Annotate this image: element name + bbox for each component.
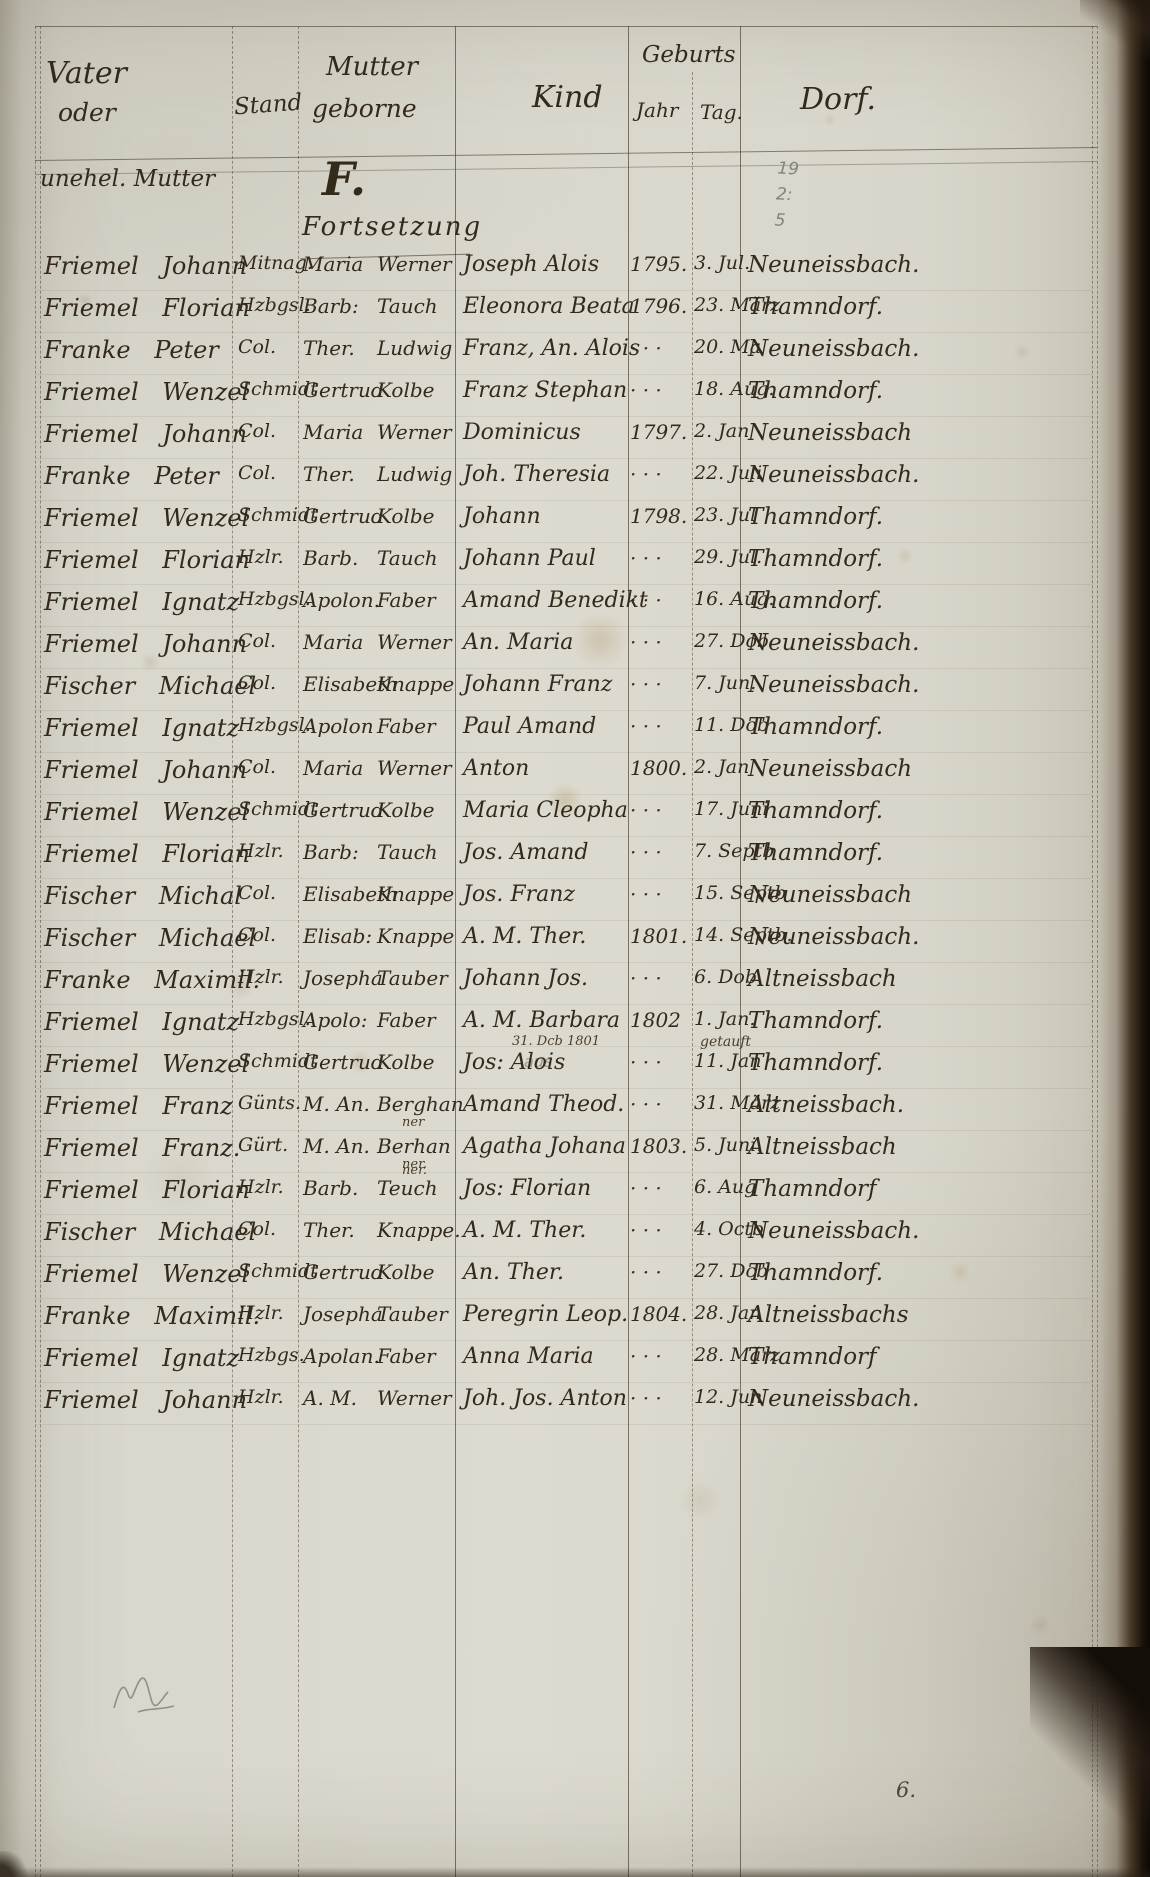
header-father-line3: unehel. Mutter xyxy=(40,166,215,192)
cell-msurname: Berhan xyxy=(377,1134,451,1158)
cell-village: Neuneissbach xyxy=(748,882,912,908)
cell-mother: Gertrud xyxy=(303,378,384,402)
cell-mother: M. An. xyxy=(303,1092,370,1116)
table-row: Friemel IgnatzHzbgsl.Apolo:FaberA. M. Ba… xyxy=(0,1004,1150,1046)
cover-corner-top-right xyxy=(1080,0,1150,60)
cell-msurname: Kolbe xyxy=(377,798,434,822)
cell-msurname: Faber xyxy=(377,588,436,612)
cell-child: An. Maria xyxy=(463,630,573,655)
cell-child: Jos: Florian xyxy=(463,1176,591,1201)
cell-year: 1798. xyxy=(630,504,687,528)
cell-msurname: Tauber xyxy=(377,1302,448,1326)
cell-stand: Col. xyxy=(238,630,276,652)
cell-msurname: Werner xyxy=(377,252,452,276)
cell-stand: Hzlr. xyxy=(238,1176,284,1198)
header-father-line1: Vater xyxy=(46,56,127,91)
section-initial: F. xyxy=(322,152,366,206)
table-row: Friemel JohannCol.MariaWernerAn. Maria· … xyxy=(0,626,1150,668)
cell-child: Amand Theod. xyxy=(463,1092,624,1117)
cell-day: 2. Jan xyxy=(694,420,749,442)
cell-mother: Elisab: xyxy=(303,924,372,948)
header-birth-day: Tag. xyxy=(700,100,743,124)
cell-msurname: Ludwig xyxy=(377,336,452,360)
cell-stand: Col. xyxy=(238,756,276,778)
page-bottom-shadow xyxy=(0,1867,1150,1877)
cell-msurname: Kolbe xyxy=(377,1260,434,1284)
cell-village: Neuneissbach xyxy=(748,420,912,446)
cell-mother: Barb. xyxy=(303,546,358,570)
cell-mother: Barb: xyxy=(303,840,359,864)
cell-mother: Ther. xyxy=(303,462,355,486)
cell-child: Franz, An. Alois xyxy=(463,336,640,361)
cell-child: Jos: Alois xyxy=(463,1050,565,1075)
cell-father: Friemel Franz xyxy=(44,1092,233,1120)
cell-father: Friemel Johann xyxy=(44,630,247,658)
cell-stand: Hzbgsl. xyxy=(238,294,311,316)
cell-village: Altneissbachs xyxy=(748,1302,909,1328)
cell-stand: Col. xyxy=(238,462,276,484)
cell-year: 1800. xyxy=(630,756,687,780)
table-row: Friemel JohannCol.MariaWernerAnton1800.2… xyxy=(0,752,1150,794)
cell-mother: Maria xyxy=(303,630,363,654)
cell-village: Thamndorf. xyxy=(748,840,883,866)
cell-year: · · · xyxy=(630,1176,662,1200)
cell-day: 23. Jul xyxy=(694,504,756,526)
cell-father: Fischer Michael xyxy=(44,1218,256,1246)
cell-village: Thamndorf. xyxy=(748,1050,883,1076)
cell-year: 1795. xyxy=(630,252,687,276)
cell-child: Joseph Alois xyxy=(463,252,599,277)
cell-mother: Apolon. xyxy=(303,588,380,612)
surname-suffix-note: ner xyxy=(402,1115,424,1130)
cell-year: 1797. xyxy=(630,420,687,444)
pencil-note-top-right: 19 2: 5 xyxy=(774,155,800,234)
cell-village: Neuneissbach. xyxy=(748,252,919,278)
cell-stand: Günts. xyxy=(238,1092,301,1114)
table-row: Friemel IgnatzHzbgsl.Apolon.FaberAmand B… xyxy=(0,584,1150,626)
top-rule xyxy=(35,26,1097,27)
pencil-number: 5 xyxy=(774,207,797,234)
cell-child: Johann Paul xyxy=(463,546,596,571)
cell-village: Thamndorf. xyxy=(748,546,883,572)
header-child: Kind xyxy=(532,80,603,115)
cell-day: 1. Jan. xyxy=(694,1008,755,1030)
table-row: Friemel IgnatzHzbgsl.ApolonFaberPaul Ama… xyxy=(0,710,1150,752)
cell-msurname: Werner xyxy=(377,1386,452,1410)
register-page: Vater oder unehel. Mutter Stand Mutter g… xyxy=(0,0,1150,1877)
cell-year: · · · xyxy=(630,840,662,864)
cell-village: Altneissbach xyxy=(748,966,897,992)
cell-msurname: Tauber xyxy=(377,966,448,990)
cell-father: Fischer Michal xyxy=(44,882,242,910)
cell-village: Neuneissbach. xyxy=(748,924,919,950)
cell-msurname: Knappe xyxy=(377,882,454,906)
cell-child: Paul Amand xyxy=(463,714,596,739)
cell-mother: Apolo: xyxy=(303,1008,367,1032)
cell-mother: Apolan. xyxy=(303,1344,380,1368)
header-mother-line2: geborne xyxy=(312,94,417,123)
pencil-number: 19 xyxy=(777,155,800,182)
table-row: Fischer MichaelCol.Ther.Knappe.A. M. The… xyxy=(0,1214,1150,1256)
cell-mother: Gertrud xyxy=(303,1260,384,1284)
cell-child: Jos. Amand xyxy=(463,840,588,865)
cell-year: 1801. xyxy=(630,924,687,948)
cell-child: Dominicus xyxy=(463,420,581,445)
table-row: Friemel FlorianHzbgsl.Barb:TauchEleonora… xyxy=(0,290,1150,332)
cell-child: An. Ther. xyxy=(463,1260,564,1285)
cell-father: Franke Peter xyxy=(44,462,219,490)
cell-father: Friemel Wenzel xyxy=(44,504,249,532)
table-row: Fischer MichaelCol.ElisabethKnappeJohann… xyxy=(0,668,1150,710)
cell-child: Johann Jos. xyxy=(463,966,588,991)
cell-mother: A. M. xyxy=(303,1386,357,1410)
cell-father: Fischer Michael xyxy=(44,672,256,700)
cell-child: Joh. Theresia xyxy=(463,462,610,487)
cell-village: Thamndorf xyxy=(748,1176,877,1202)
cell-father: Friemel Ignatz xyxy=(44,1344,239,1372)
cell-msurname: Teuch xyxy=(377,1176,438,1200)
cell-father: Friemel Ignatz xyxy=(44,1008,239,1036)
cell-msurname: Werner xyxy=(377,630,452,654)
cell-mother: Ther. xyxy=(303,336,355,360)
cell-year: · · · xyxy=(630,1050,662,1074)
header-rule xyxy=(35,147,1097,161)
cell-year: · · · xyxy=(630,714,662,738)
cell-year: · · · xyxy=(630,630,662,654)
table-row: Friemel WenzelSchmidtGertrudKolbeFranz S… xyxy=(0,374,1150,416)
cell-year: 1804. xyxy=(630,1302,687,1326)
cell-stand: Hzbgsl. xyxy=(238,588,311,610)
cell-year: · · · xyxy=(630,546,662,570)
cell-mother: M. An. xyxy=(303,1134,370,1158)
cell-msurname: Knappe. xyxy=(377,1218,461,1242)
cell-father: Friemel Ignatz xyxy=(44,588,239,616)
pencil-scribble xyxy=(108,1668,188,1720)
cell-mother: Gertrud xyxy=(303,504,384,528)
cell-year: · · · xyxy=(630,1260,662,1284)
table-row: Franke Maximil.Hzlr.JosephaTauberJohann … xyxy=(0,962,1150,1004)
cell-village: Thamndorf. xyxy=(748,798,883,824)
table-row: Friemel JohannMitnag.MariaWernerJoseph A… xyxy=(0,248,1150,290)
cell-father: Friemel Florian xyxy=(44,1176,250,1204)
cell-year: · · · xyxy=(630,882,662,906)
table-row: Friemel JohannCol.MariaWernerDominicus17… xyxy=(0,416,1150,458)
cell-year: 1803. xyxy=(630,1134,687,1158)
cell-father: Friemel Florian xyxy=(44,294,250,322)
table-row: Franke Maximil.Hzlr.JosephaTauberPeregri… xyxy=(0,1298,1150,1340)
table-row: Friemel JohannHzlr.A. M.WernerJoh. Jos. … xyxy=(0,1382,1150,1424)
cell-child: Jos. Franz xyxy=(463,882,575,907)
cell-msurname: Tauch xyxy=(377,840,438,864)
cell-village: Neuneissbach. xyxy=(748,672,919,698)
cell-village: Neuneissbach xyxy=(748,756,912,782)
register-rows: Friemel JohannMitnag.MariaWernerJoseph A… xyxy=(0,248,1150,1424)
cell-stand: Hzlr. xyxy=(238,546,284,568)
cell-child: Johann Franz xyxy=(463,672,612,697)
table-row: Franke PeterCol.Ther.LudwigFranz, An. Al… xyxy=(0,332,1150,374)
cell-msurname: Faber xyxy=(377,1344,436,1368)
cell-child: Johann xyxy=(463,504,541,529)
cell-year: · · · xyxy=(630,336,662,360)
cell-village: Thamndorf. xyxy=(748,714,883,740)
cell-village: Thamndorf. xyxy=(748,294,883,320)
cell-father: Friemel Wenzel xyxy=(44,378,249,406)
cell-year: · · · xyxy=(630,462,662,486)
cell-year: · · · xyxy=(630,1092,662,1116)
cell-stand: Col. xyxy=(238,420,276,442)
cell-msurname: Berghan xyxy=(377,1092,464,1116)
table-row: Friemel WenzelSchmidtGertrudKolbeJohann1… xyxy=(0,500,1150,542)
cell-child: Eleonora Beata xyxy=(463,294,635,319)
cell-year: 1802 xyxy=(630,1008,681,1032)
cell-child: Joh. Jos. Anton xyxy=(463,1386,627,1411)
cover-corner-bottom-right xyxy=(1030,1647,1150,1877)
cell-stand: Hzlr. xyxy=(238,966,284,988)
header-village: Dorf. xyxy=(800,82,876,117)
cell-child: Anton xyxy=(463,756,529,781)
cell-mother: Apolon xyxy=(303,714,374,738)
cell-mother: Gertrud xyxy=(303,1050,384,1074)
cell-msurname: Kolbe xyxy=(377,1050,434,1074)
cell-stand: Col. xyxy=(238,924,276,946)
cell-msurname: Knappe xyxy=(377,924,454,948)
cell-village: Thamndorf. xyxy=(748,378,883,404)
table-row: Friemel FlorianHzlr.Barb:TauchJos. Amand… xyxy=(0,836,1150,878)
cell-stand: Hzlr. xyxy=(238,1302,284,1324)
table-row: Friemel IgnatzHzbgs.Apolan.FaberAnna Mar… xyxy=(0,1340,1150,1382)
cell-msurname: Faber xyxy=(377,714,436,738)
cell-msurname: Knappe xyxy=(377,672,454,696)
cell-mother: Barb: xyxy=(303,294,359,318)
cell-day: 7. Jun. xyxy=(694,672,756,694)
header-birth: Geburts xyxy=(642,42,736,68)
cover-corner-bottom-left xyxy=(0,1851,30,1877)
cell-year: · · · xyxy=(630,1344,662,1368)
table-row: Friemel WenzelSchmidtGertrudKolbeMaria C… xyxy=(0,794,1150,836)
cell-stand: Mitnag. xyxy=(238,252,313,274)
cell-mother: Maria xyxy=(303,420,363,444)
cell-father: Friemel Johann xyxy=(44,1386,247,1414)
surname-suffix-note: ner. xyxy=(402,1163,427,1178)
cell-stand: Col. xyxy=(238,672,276,694)
table-row: Franke PeterCol.Ther.LudwigJoh. Theresia… xyxy=(0,458,1150,500)
cell-child: A. M. Ther. xyxy=(463,1218,586,1243)
cell-father: Franke Maximil. xyxy=(44,966,260,994)
header-stand: Stand xyxy=(233,90,303,121)
cell-msurname: Kolbe xyxy=(377,504,434,528)
cell-village: Thamndorf. xyxy=(748,1260,883,1286)
table-row: Friemel Franz.Gürt.M. An.BerhanAgatha Jo… xyxy=(0,1130,1150,1172)
cell-msurname: Tauch xyxy=(377,294,438,318)
table-row: Friemel WenzelSchmidtGertrudKolbeAn. The… xyxy=(0,1256,1150,1298)
cell-mother: Josepha xyxy=(303,966,383,990)
cell-child: Franz Stephan xyxy=(463,378,627,403)
cell-father: Friemel Florian xyxy=(44,840,250,868)
cell-msurname: Kolbe xyxy=(377,378,434,402)
header-birth-year: Jahr xyxy=(636,98,678,122)
cell-child: A. M. Ther. xyxy=(463,924,586,949)
cell-village: Thamndorf. xyxy=(748,1008,883,1034)
cell-msurname: Werner xyxy=(377,420,452,444)
cell-msurname: Werner xyxy=(377,756,452,780)
cell-year: · · · xyxy=(630,378,662,402)
cell-father: Friemel Ignatz xyxy=(44,714,239,742)
cell-stand: Col. xyxy=(238,882,276,904)
cell-year: · · · xyxy=(630,1386,662,1410)
cell-stand: Col. xyxy=(238,1218,276,1240)
cell-village: Neuneissbach. xyxy=(748,462,919,488)
cell-stand: Col. xyxy=(238,336,276,358)
header-mother-line1: Mutter xyxy=(326,52,418,82)
cell-mother: Barb. xyxy=(303,1176,358,1200)
cell-child: Maria Cleopha xyxy=(463,798,628,823)
cell-mother: Gertrud xyxy=(303,798,384,822)
header-father-line2: oder xyxy=(58,98,116,127)
cell-mother: Josepha xyxy=(303,1302,383,1326)
cell-father: Friemel Johann xyxy=(44,252,247,280)
cell-year: · · · xyxy=(630,798,662,822)
cell-year: · · · xyxy=(630,588,662,612)
cell-stand: Hzbgsl. xyxy=(238,714,311,736)
section-continuation: Fortsetzung xyxy=(302,212,482,242)
cell-village: Altneissbach. xyxy=(748,1092,904,1118)
cell-father: Friemel Wenzel xyxy=(44,1050,249,1078)
cell-year: · · · xyxy=(630,1218,662,1242)
cell-day: 2. Jan xyxy=(694,756,749,778)
cell-stand: Hzbgsl. xyxy=(238,1008,311,1030)
cell-father: Friemel Franz. xyxy=(44,1134,240,1162)
table-row: Fischer MichalCol.ElisabethKnappeJos. Fr… xyxy=(0,878,1150,920)
table-row: Friemel FlorianHzlr.Barb.TeuchJos: Flori… xyxy=(0,1172,1150,1214)
cell-village: Altneissbach xyxy=(748,1134,897,1160)
page-number: 6. xyxy=(896,1778,916,1802)
cell-father: Franke Maximil. xyxy=(44,1302,260,1330)
cell-village: Neuneissbach. xyxy=(748,1218,919,1244)
cell-village: Thamndorf. xyxy=(748,588,883,614)
table-row: Friemel FranzGünts.M. An.BerghanAmand Th… xyxy=(0,1088,1150,1130)
corner-mark: 7 xyxy=(1128,4,1136,19)
cell-stand: Hzlr. xyxy=(238,1386,284,1408)
cell-father: Franke Peter xyxy=(44,336,219,364)
pencil-number: 2: xyxy=(775,181,798,208)
cell-father: Friemel Florian xyxy=(44,546,250,574)
cell-year: · · · xyxy=(630,672,662,696)
cell-village: Neuneissbach. xyxy=(748,630,919,656)
cell-village: Thamndorf xyxy=(748,1344,877,1370)
cell-father: Friemel Wenzel xyxy=(44,1260,249,1288)
cell-village: Thamndorf. xyxy=(748,504,883,530)
cell-msurname: Faber xyxy=(377,1008,436,1032)
cell-father: Friemel Johann xyxy=(44,420,247,448)
cell-year: · · · xyxy=(630,966,662,990)
table-row: Friemel FlorianHzlr.Barb.TauchJohann Pau… xyxy=(0,542,1150,584)
cell-child: A. M. Barbara xyxy=(463,1008,620,1033)
cell-stand: Hzbgs. xyxy=(238,1344,305,1366)
cell-msurname: Ludwig xyxy=(377,462,452,486)
cell-child: Agatha Johana xyxy=(463,1134,626,1159)
cell-father: Fischer Michael xyxy=(44,924,256,952)
cell-child: Amand Benedikt xyxy=(463,588,648,613)
cell-mother: Maria xyxy=(303,756,363,780)
cell-stand: Hzlr. xyxy=(238,840,284,862)
cell-child: Anna Maria xyxy=(463,1344,594,1369)
cell-day: 6. Aug xyxy=(694,1176,756,1198)
cell-year: 1796. xyxy=(630,294,687,318)
cell-child: Peregrin Leop. xyxy=(463,1302,628,1327)
cell-day: 3. Jul. xyxy=(694,252,750,274)
table-row: Friemel WenzelSchmidtGertrudKolbeJos: Al… xyxy=(0,1046,1150,1088)
table-row: Fischer MichaelCol.Elisab:KnappeA. M. Th… xyxy=(0,920,1150,962)
cell-village: Neuneissbach. xyxy=(748,1386,919,1412)
cell-mother: Maria xyxy=(303,252,363,276)
cell-father: Friemel Johann xyxy=(44,756,247,784)
cell-mother: Ther. xyxy=(303,1218,355,1242)
cell-village: Neuneissbach. xyxy=(748,336,919,362)
cell-stand: Gürt. xyxy=(238,1134,288,1156)
cell-msurname: Tauch xyxy=(377,546,438,570)
cell-father: Friemel Wenzel xyxy=(44,798,249,826)
